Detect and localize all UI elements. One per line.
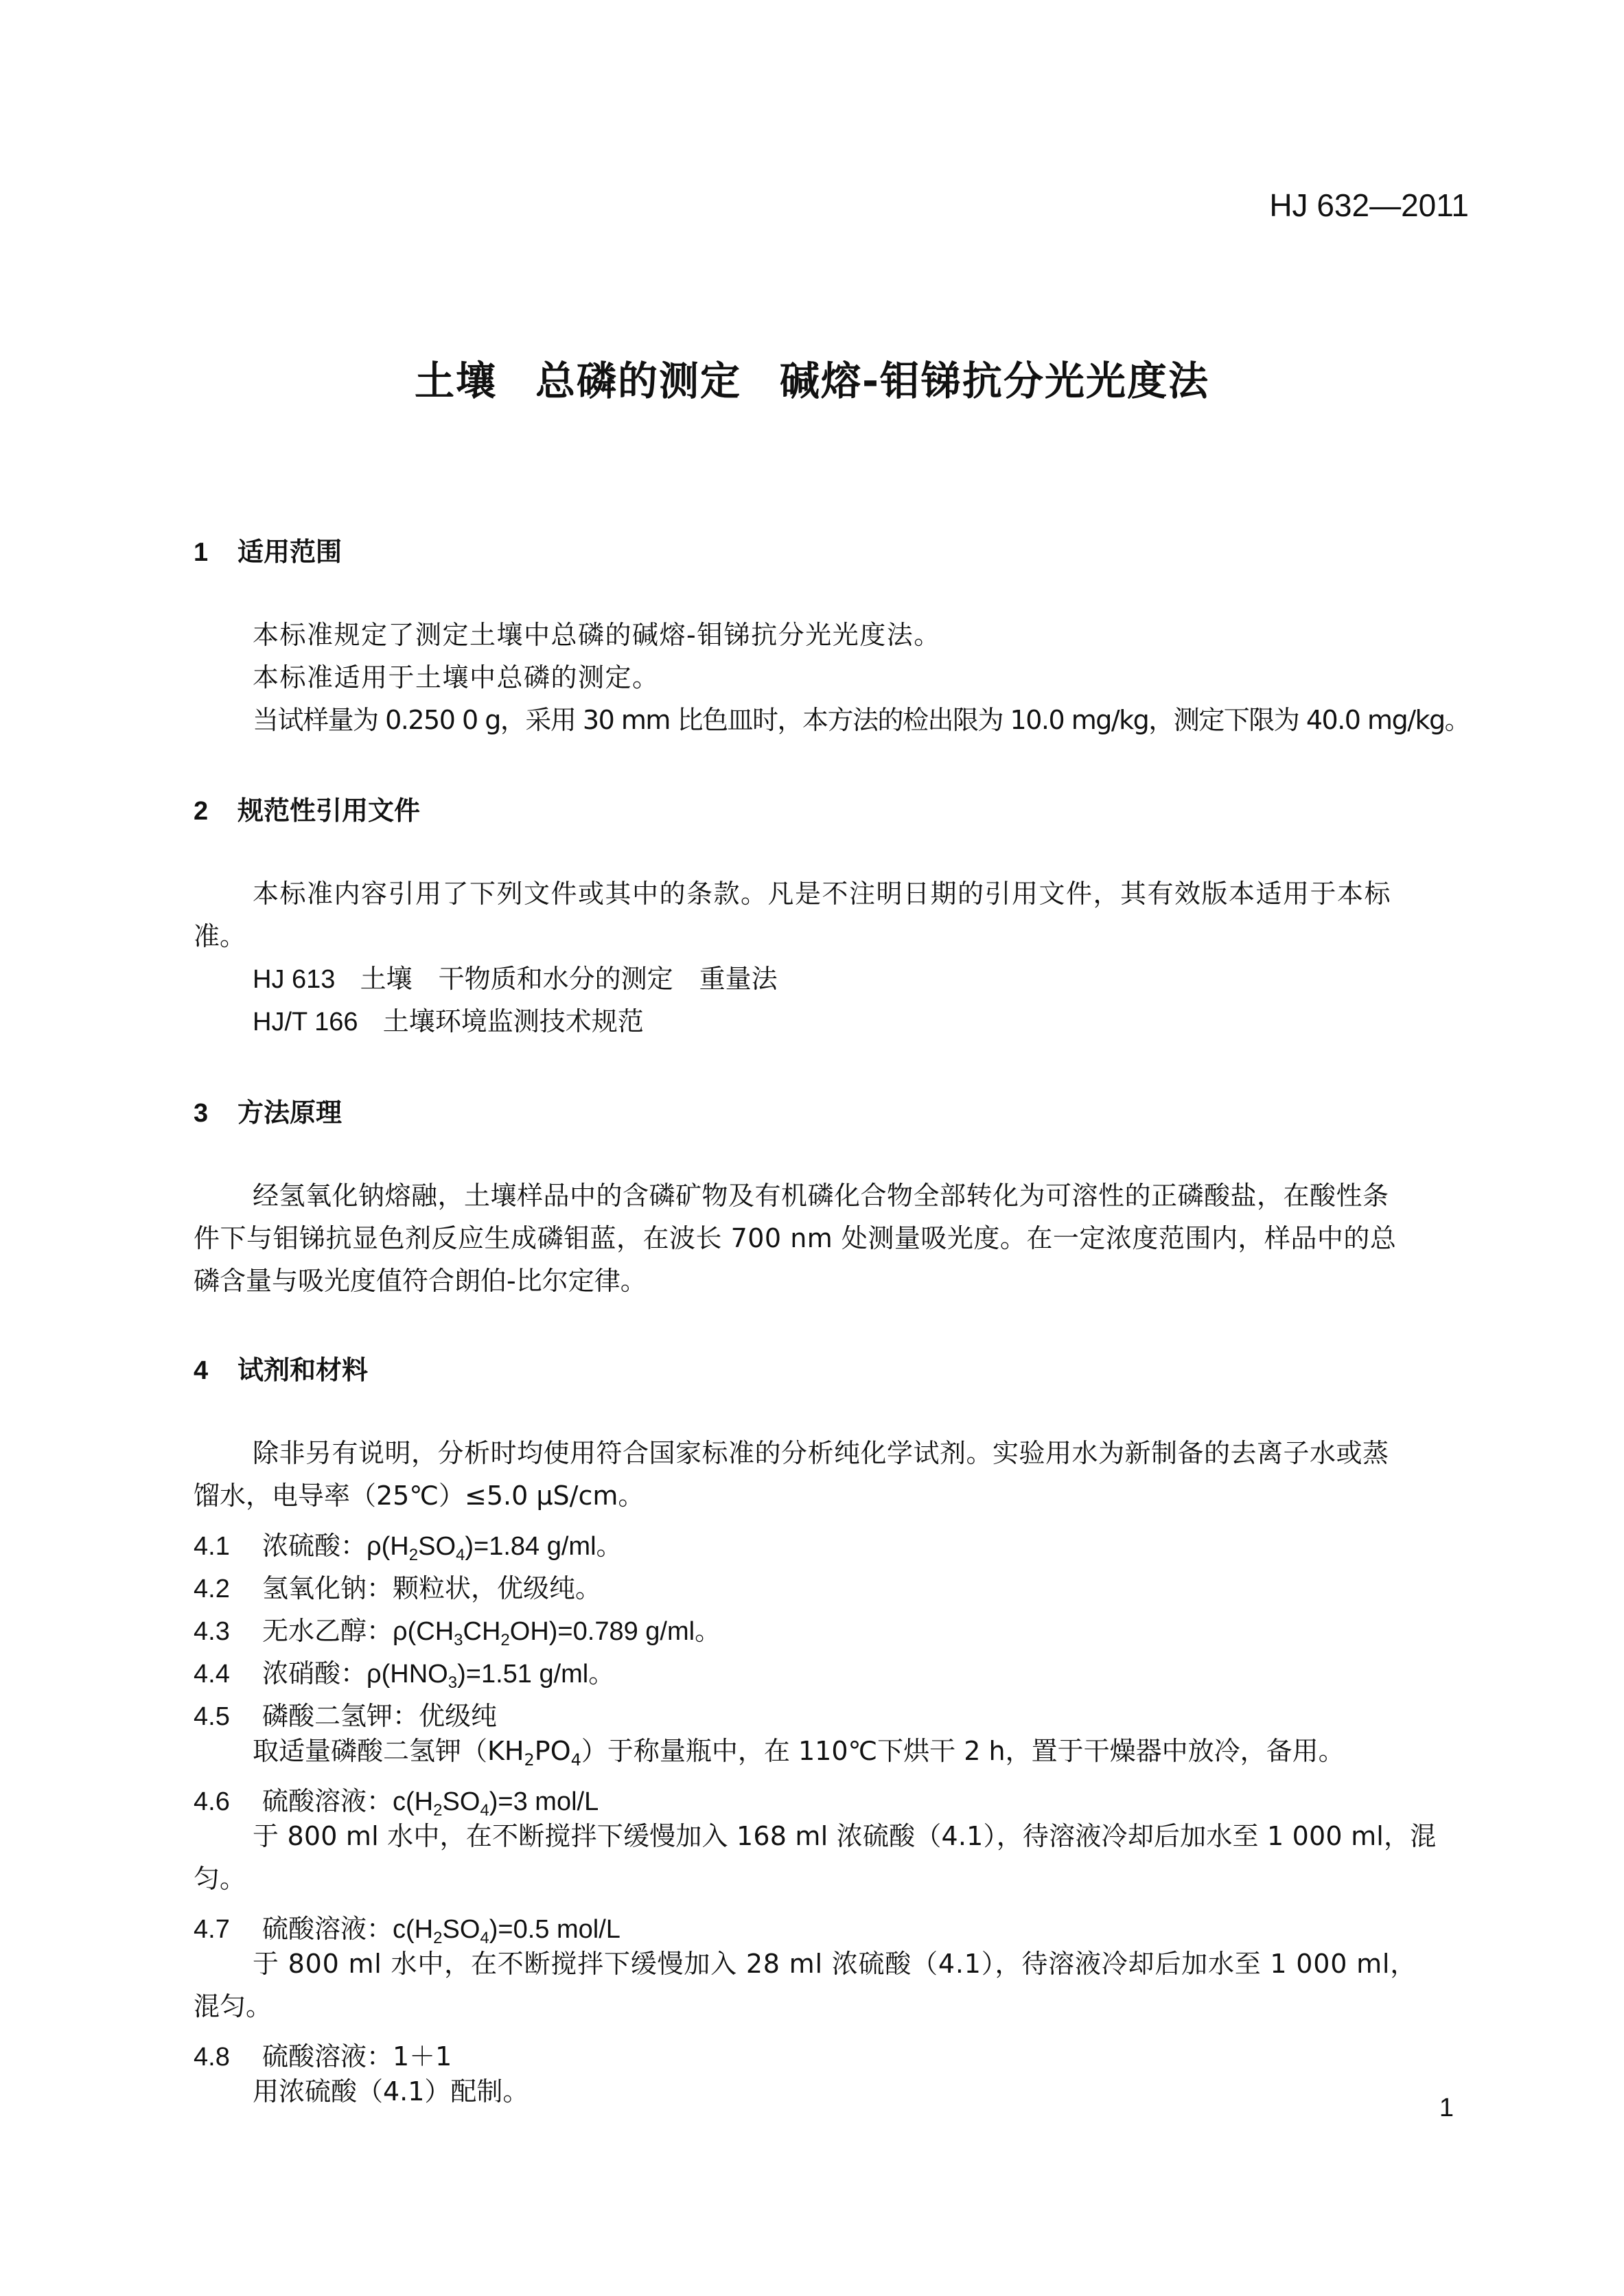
section-title: 规范性引用文件 [237,796,420,826]
title-part-soil: 土壤 [415,358,497,404]
paragraph: 馏水，电导率（25℃）≤5.0 μS/cm。 [194,1482,644,1509]
paragraph: 除非另有说明，分析时均使用符合国家标准的分析纯化学试剂。实验用水为新制备的去离子… [253,1439,1389,1467]
paragraph-continuation: 准。 [194,923,246,950]
title-part-method: 碱熔-钼锑抗分光光度法 [780,358,1209,404]
item-number: 4.3 [194,1617,262,1647]
section-heading-2: 2规范性引用文件 [194,789,420,827]
reference-item: HJ 613 土壤 干物质和水分的测定 重量法 [253,965,778,993]
item-number: 4.5 [194,1702,262,1732]
item-number: 4.8 [194,2043,262,2072]
reagent-item-4-1: 4.1浓硫酸：ρ(H2SO4)=1.84 g/ml。 [194,1524,623,1562]
section-number: 4 [194,1356,237,1386]
item-name: 硫酸溶液： [262,1914,393,1944]
item-formula: ρ(H2SO4)=1.84 g/ml。 [367,1532,623,1561]
item-name: 硫酸溶液： [262,1786,393,1816]
item-text: 硫酸溶液：1＋1 [262,2041,452,2072]
paragraph: 件下与钼锑抗显色剂反应生成磷钼蓝，在波长 700 nm 处测量吸光度。在一定浓度… [194,1225,1396,1252]
item-text: 磷酸二氢钾：优级纯 [262,1701,497,1731]
item-formula: ρ(CH3CH2OH)=0.789 g/ml。 [393,1617,721,1646]
reference-title: 土壤环境监测技术规范 [383,1006,644,1036]
paragraph: 本标准规定了测定土壤中总磷的碱熔-钼锑抗分光光度法。 [253,621,941,649]
reference-item: HJ/T 166 土壤环境监测技术规范 [253,1008,644,1036]
item-number: 4.2 [194,1575,262,1604]
paragraph: 本标准适用于土壤中总磷的测定。 [253,664,660,691]
item-number: 4.6 [194,1787,262,1817]
section-title: 适用范围 [237,537,342,567]
section-heading-1: 1适用范围 [194,531,342,568]
item-number: 4.7 [194,1915,262,1945]
item-detail: 用浓硫酸（4.1）配制。 [253,2078,529,2105]
section-number: 1 [194,538,237,568]
item-name: 浓硝酸： [262,1658,367,1689]
reagent-item-4-6: 4.6硫酸溶液：c(H2SO4)=3 mol/L [194,1780,599,1818]
section-title: 试剂和材料 [237,1355,368,1385]
item-detail-continuation: 混匀。 [194,1993,272,2020]
paragraph: 经氢氧化钠熔融，土壤样品中的含磷矿物及有机磷化合物全部转化为可溶性的正磷酸盐，在… [253,1182,1389,1209]
paragraph: 本标准内容引用了下列文件或其中的条款。凡是不注明日期的引用文件，其有效版本适用于… [253,880,1391,907]
reference-code: HJ 613 [253,965,335,994]
page-number: 1 [1439,2094,1454,2123]
item-detail: 取适量磷酸二氢钾（KH2PO4）于称量瓶中，在 110℃下烘干 2 h，置于干燥… [253,1737,1345,1765]
reference-title: 土壤 干物质和水分的测定 重量法 [360,964,778,994]
reagent-item-4-5: 4.5磷酸二氢钾：优级纯 [194,1695,497,1732]
item-text: 氢氧化钠：颗粒状，优级纯。 [262,1573,601,1603]
section-title: 方法原理 [237,1098,342,1128]
section-number: 2 [194,797,237,826]
item-detail: 于 800 ml 水中，在不断搅拌下缓慢加入 28 ml 浓硫酸（4.1），待溶… [253,1950,1417,1978]
paragraph: 磷含量与吸光度值符合朗伯-比尔定律。 [194,1267,647,1295]
reagent-item-4-4: 4.4浓硝酸：ρ(HNO3)=1.51 g/ml。 [194,1652,614,1690]
item-name: 浓硫酸： [262,1531,367,1561]
section-number: 3 [194,1099,237,1128]
title-part-subject: 总磷的测定 [535,358,741,404]
item-name: 无水乙醇： [262,1616,393,1646]
item-formula: ρ(HNO3)=1.51 g/ml。 [367,1660,614,1689]
item-number: 4.4 [194,1660,262,1689]
paragraph-detection-limit: 当试样量为 0.250 0 g，采用 30 mm 比色皿时，本方法的检出限为 1… [253,706,1470,734]
reference-code: HJ/T 166 [253,1008,358,1036]
reagent-item-4-8: 4.8硫酸溶液：1＋1 [194,2035,452,2073]
reagent-item-4-3: 4.3无水乙醇：ρ(CH3CH2OH)=0.789 g/ml。 [194,1610,721,1647]
item-formula: c(H2SO4)=0.5 mol/L [393,1915,620,1944]
item-formula: c(H2SO4)=3 mol/L [393,1787,599,1816]
section-heading-4: 4试剂和材料 [194,1349,368,1387]
reagent-item-4-7: 4.7硫酸溶液：c(H2SO4)=0.5 mol/L [194,1907,620,1945]
section-heading-3: 3方法原理 [194,1091,342,1129]
item-detail-continuation: 匀。 [194,1865,246,1892]
item-detail: 于 800 ml 水中，在不断搅拌下缓慢加入 168 ml 浓硫酸（4.1），待… [253,1822,1436,1850]
standard-code: HJ 632—2011 [1269,187,1469,224]
reagent-item-4-2: 4.2氢氧化钠：颗粒状，优级纯。 [194,1567,601,1605]
document-title: 土壤总磷的测定碱熔-钼锑抗分光光度法 [0,349,1624,406]
item-number: 4.1 [194,1532,262,1562]
